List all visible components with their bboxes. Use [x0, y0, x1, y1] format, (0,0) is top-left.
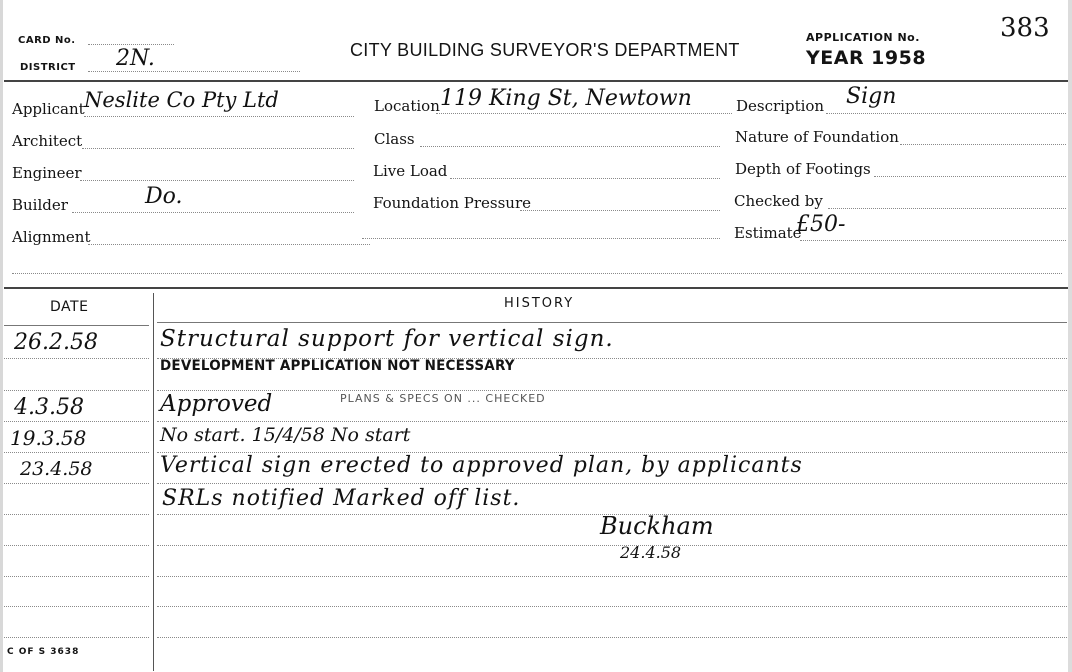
development-stamp: DEVELOPMENT APPLICATION NOT NECESSARY — [160, 358, 515, 375]
engineer-label: Engineer — [12, 164, 82, 182]
blank-line — [12, 273, 1062, 274]
depth-of-footings-line — [874, 176, 1066, 177]
applicant-line — [84, 116, 354, 117]
applicant-label: Applicant — [12, 100, 85, 118]
history-header-rule — [157, 322, 1067, 323]
plans-stamp: PLANS & SPECS ON ... CHECKED — [340, 392, 546, 405]
scan-edge-left — [0, 0, 3, 672]
history-line — [157, 545, 1067, 546]
date-line — [4, 483, 149, 484]
card-no-line — [88, 44, 174, 45]
history-line — [157, 606, 1067, 607]
history-date: 19.3.58 — [10, 426, 86, 450]
builder-value: Do. — [145, 184, 183, 209]
history-line — [157, 576, 1067, 577]
history-header: HISTORY — [504, 296, 574, 311]
estimate-value: £50- — [796, 212, 845, 237]
year-label: YEAR 1958 — [806, 47, 926, 69]
history-date: 26.2.58 — [14, 330, 98, 355]
history-text: SRLs notified Marked off list. — [162, 486, 520, 511]
date-line — [4, 637, 149, 638]
builder-label: Builder — [12, 196, 68, 214]
estimate-line — [800, 240, 1066, 241]
live-load-line — [450, 178, 720, 179]
location-line — [436, 113, 732, 114]
alignment-line — [88, 244, 370, 245]
date-column-divider — [153, 293, 154, 671]
architect-line — [82, 148, 354, 149]
foundation-pressure-line — [520, 210, 720, 211]
date-line — [4, 421, 149, 422]
applicant-value: Neslite Co Pty Ltd — [84, 88, 279, 112]
application-no-value: 383 — [1000, 13, 1050, 43]
estimate-label: Estimate — [734, 224, 802, 242]
history-date: 4.3.58 — [14, 395, 84, 420]
checked-by-line — [828, 208, 1066, 209]
nature-of-foundation-label: Nature of Foundation — [735, 128, 899, 146]
header-rule — [4, 80, 1068, 82]
live-load-label: Live Load — [373, 162, 447, 180]
date-line — [4, 452, 149, 453]
builder-line — [72, 212, 354, 213]
history-text: Vertical sign erected to approved plan, … — [160, 453, 803, 478]
history-line — [157, 483, 1067, 484]
district-line — [88, 71, 300, 72]
date-line — [4, 576, 149, 577]
signature: Buckham — [600, 512, 714, 540]
signature-date: 24.4.58 — [620, 543, 681, 562]
department-title: CITY BUILDING SURVEYOR'S DEPARTMENT — [350, 40, 740, 61]
application-no-label: APPLICATION No. — [806, 31, 920, 44]
date-line — [4, 390, 149, 391]
description-line — [826, 113, 1066, 114]
scan-edge-right — [1068, 0, 1072, 672]
history-date: 23.4.58 — [20, 458, 93, 480]
date-header-rule — [4, 325, 149, 326]
date-line — [4, 514, 149, 515]
history-text: Structural support for vertical sign. — [160, 326, 614, 352]
history-line — [157, 390, 1067, 391]
form-code: C OF S 3638 — [7, 647, 79, 657]
engineer-line — [80, 180, 354, 181]
card-no-label: CARD No. — [18, 35, 76, 46]
class-label: Class — [374, 130, 415, 148]
history-top-rule — [4, 287, 1068, 289]
description-value: Sign — [846, 84, 896, 109]
district-label: DISTRICT — [20, 62, 76, 73]
checked-by-label: Checked by — [734, 192, 823, 210]
description-label: Description — [736, 97, 824, 115]
class-line — [420, 146, 720, 147]
alignment-label: Alignment — [12, 228, 90, 246]
architect-label: Architect — [12, 132, 82, 150]
foundation-pressure-label: Foundation Pressure — [373, 194, 531, 212]
blank-line-middle — [362, 238, 720, 239]
location-label: Location — [374, 97, 440, 115]
date-header: DATE — [50, 299, 88, 315]
depth-of-footings-label: Depth of Footings — [735, 160, 871, 178]
date-line — [4, 606, 149, 607]
date-line — [4, 545, 149, 546]
location-value: 119 King St, Newtown — [440, 86, 692, 111]
history-line — [157, 637, 1067, 638]
district-value: 2N. — [116, 46, 155, 71]
history-text: Approved — [160, 391, 272, 417]
nature-of-foundation-line — [900, 144, 1066, 145]
date-line — [4, 358, 149, 359]
history-text: No start. 15/4/58 No start — [160, 424, 410, 446]
history-line — [157, 421, 1067, 422]
